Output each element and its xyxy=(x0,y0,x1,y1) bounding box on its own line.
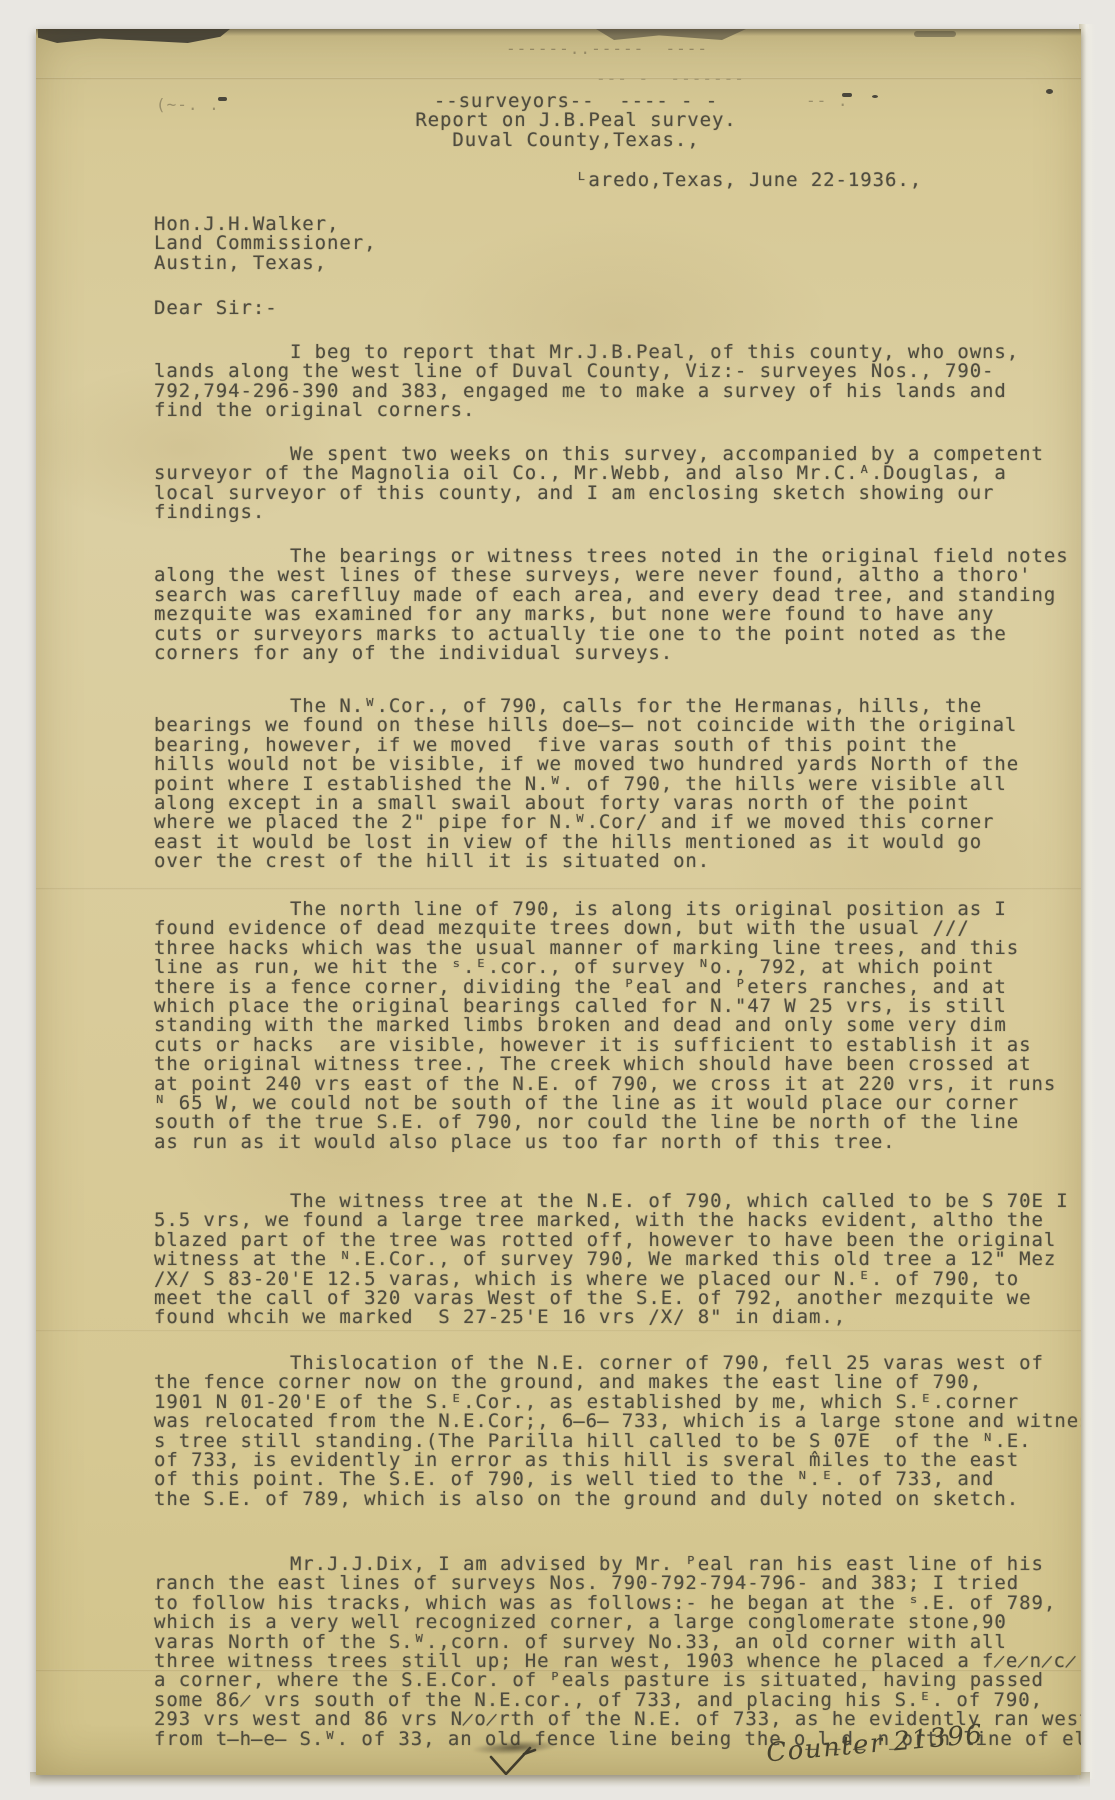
dateline: ᴸaredo,Texas, June 22-1936., xyxy=(576,171,922,190)
checkmark-icon xyxy=(488,1745,540,1775)
scanned-letter-page: ------..----- ---- (~-. . --- - ------- … xyxy=(0,0,1115,1800)
paragraph-4: The N.ᵂ.Cor., of 790, calls for the Herm… xyxy=(154,697,1019,872)
faded-type-fragment: --- - ------- xyxy=(596,69,745,88)
paragraph-5: The north line of 790, is along its orig… xyxy=(154,900,1056,1152)
page-stack-edge xyxy=(1079,24,1095,1779)
header-county-line: Duval County,Texas., xyxy=(76,131,1076,150)
faded-type-fragment: ------..----- ---- xyxy=(506,39,708,58)
paragraph-1: I beg to report that Mr.J.B.Peal, of thi… xyxy=(154,343,1019,421)
recipient-address: Hon.J.H.Walker, Land Commissioner, Austi… xyxy=(154,215,376,273)
salutation: Dear Sir:- xyxy=(154,299,278,318)
header-title: Report on J.B.Peal survey. xyxy=(76,111,1076,130)
fold-crease xyxy=(36,887,1081,890)
paragraph-6: The witness tree at the N.E. of 790, whi… xyxy=(154,1192,1069,1328)
paragraph-7: Thislocation of the N.E. corner of 790, … xyxy=(154,1354,1081,1509)
torn-edge-fragment xyxy=(914,31,956,37)
torn-edge-fragment xyxy=(38,29,230,43)
paper-bottom-shadow xyxy=(30,1772,1090,1800)
paragraph-8: Mr.J.J.Dix, I am advised by Mr. ᴾeal ran… xyxy=(154,1555,1081,1749)
paragraph-3: The bearings or witness trees noted in t… xyxy=(154,547,1069,663)
fold-crease xyxy=(36,77,1081,80)
fold-crease xyxy=(36,1329,1081,1332)
letter-paper: ------..----- ---- (~-. . --- - ------- … xyxy=(36,29,1081,1775)
paragraph-2: We spent two weeks on this survey, accom… xyxy=(154,445,1044,523)
